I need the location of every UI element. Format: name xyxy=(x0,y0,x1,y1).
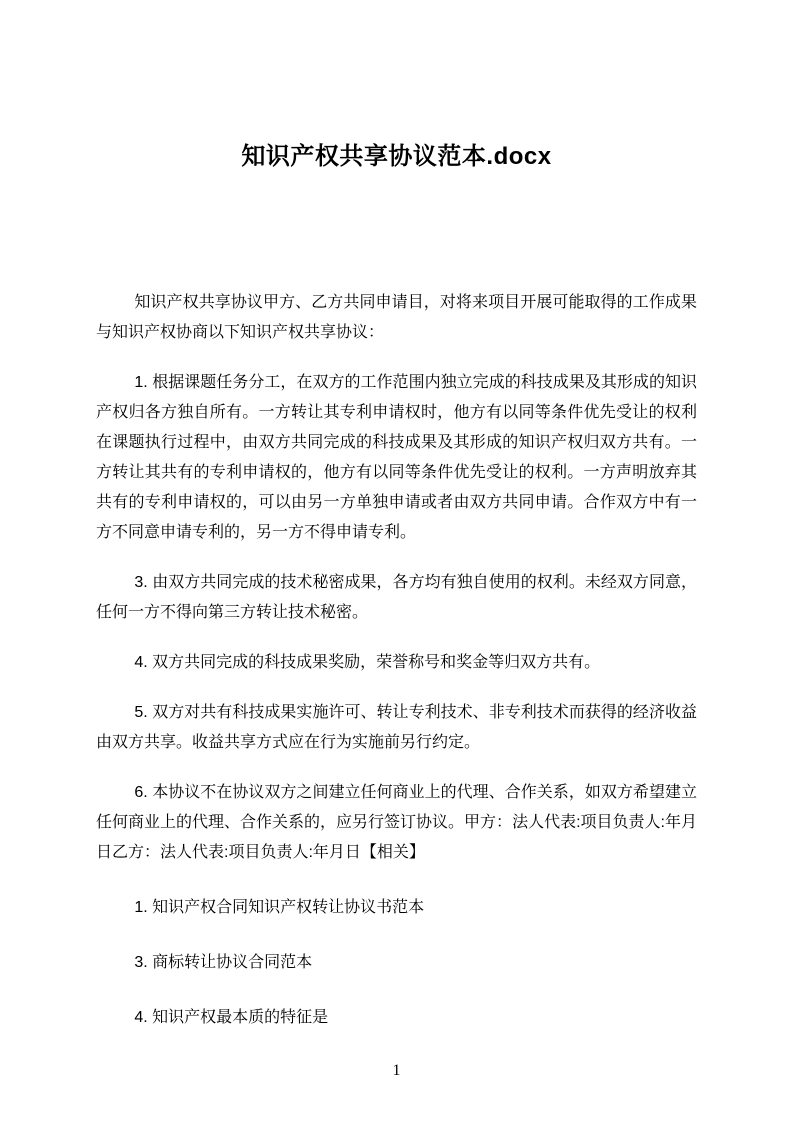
document-title: 知识产权共享协议范本.docx xyxy=(96,140,697,174)
document-body: 知识产权共享协议甲方、乙方共同申请目，对将来项目开展可能取得的工作成果与知识产权… xyxy=(96,288,697,868)
clause-paragraph-3: 3. 由双方共同完成的技术秘密成果，各方均有独自使用的权利。未经双方同意，任何一… xyxy=(96,568,697,628)
related-articles-list: 1. 知识产权合同知识产权转让协议书范本 3. 商标转让协议合同范本 4. 知识… xyxy=(96,893,697,1033)
related-item: 1. 知识产权合同知识产权转让协议书范本 xyxy=(96,893,697,923)
related-item: 3. 商标转让协议合同范本 xyxy=(96,948,697,978)
clause-paragraph-5: 5. 双方对共有科技成果实施许可、转让专利技术、非专利技术而获得的经济收益由双方… xyxy=(96,698,697,758)
intro-paragraph: 知识产权共享协议甲方、乙方共同申请目，对将来项目开展可能取得的工作成果与知识产权… xyxy=(96,288,697,348)
clause-paragraph-4: 4. 双方共同完成的科技成果奖励，荣誉称号和奖金等归双方共有。 xyxy=(96,648,697,678)
page-number: 1 xyxy=(0,1062,793,1080)
document-content: 知识产权共享协议范本.docx 知识产权共享协议甲方、乙方共同申请目，对将来项目… xyxy=(96,0,697,1058)
clause-paragraph-1: 1. 根据课题任务分工，在双方的工作范围内独立完成的科技成果及其形成的知识产权归… xyxy=(96,368,697,548)
document-page: 知识产权共享协议范本.docx 知识产权共享协议甲方、乙方共同申请目，对将来项目… xyxy=(0,0,793,1122)
related-item: 4. 知识产权最本质的特征是 xyxy=(96,1003,697,1033)
clause-paragraph-6: 6. 本协议不在协议双方之间建立任何商业上的代理、合作关系，如双方希望建立任何商… xyxy=(96,778,697,868)
